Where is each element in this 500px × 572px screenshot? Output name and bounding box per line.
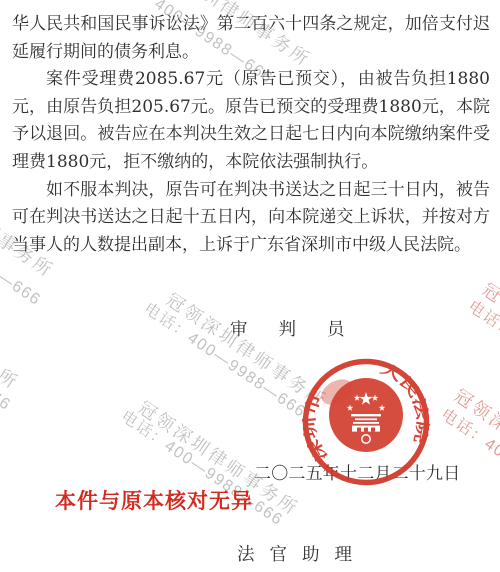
clerk-title-line: 法官助理 <box>237 541 367 566</box>
national-emblem-icon <box>329 378 403 452</box>
watermark-phone: 电话：400—9988—666 <box>0 289 17 415</box>
verification-stamp: 本件与原本核对无异 <box>55 485 253 515</box>
judgment-text: 华人民共和国民事诉讼法》第二百六十四条之规定，加倍支付迟延履行期间的债务利息。 … <box>12 11 490 259</box>
watermark-firm-name: 冠领深圳律师事务所 <box>0 268 25 395</box>
watermark-phone: 电话：400—9988—666 <box>140 296 312 422</box>
watermark-phone: 电话：400—9988—666 <box>464 294 500 420</box>
paragraph-law-citation: 华人民共和国民事诉讼法》第二百六十四条之规定，加倍支付迟延履行期间的债务利息。 <box>12 11 490 66</box>
watermark-firm-name: 冠领深圳律师事务所 <box>449 382 500 509</box>
judge-title-line: 审判员 <box>230 316 376 341</box>
watermark-firm-name: 冠领深圳律师事务所 <box>477 276 500 403</box>
court-seal: 深圳市 人民法院 <box>296 355 436 495</box>
paragraph-court-fees: 案件受理费2085.67元（原告已预交），由被告负担1880元，由原告负担205… <box>12 66 490 176</box>
paragraph-appeal-instructions: 如不服本判决，原告可在判决书送达之日起三十日内，被告可在判决书送达之日起十五日内… <box>12 177 490 260</box>
judgment-page: 冠领深圳律师事务所 电话：400—9988—666 冠领深圳律师事务所 电话：4… <box>0 0 500 572</box>
